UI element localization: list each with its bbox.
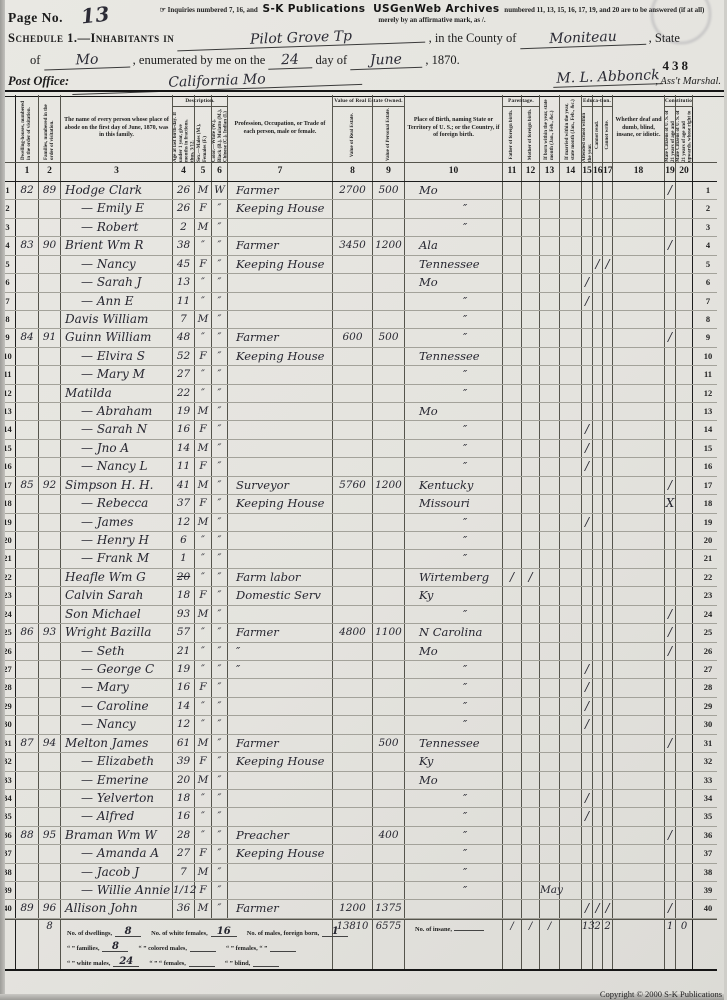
cell-oc: Farmer: [228, 329, 333, 346]
cell-m13: May: [540, 882, 560, 899]
cell-bp: ″: [405, 808, 503, 825]
cell-bp: ″: [405, 219, 503, 236]
cell-m15: [582, 753, 593, 770]
col-family: Families, numbered in the order of visit…: [39, 95, 61, 162]
cell-m14: [560, 679, 582, 696]
table-row: 368895Braman Wm W28″″Preacher400″/36: [0, 827, 717, 845]
cell-dw: [16, 587, 39, 604]
cell-nm: — Amanda A: [61, 845, 173, 862]
footer-personal-estate-total: 6575: [373, 920, 405, 969]
group-parentage: Parentage.: [503, 95, 540, 107]
cell-m14: [560, 495, 582, 512]
cell-dw: [16, 421, 39, 438]
cell-n: 22: [693, 569, 717, 586]
table-header: Description. Value of Real Estate Owned.…: [0, 95, 717, 182]
cell-m13: [540, 606, 560, 623]
cell-pe: [373, 753, 405, 770]
cell-m17: [603, 716, 613, 733]
census-scan-page: Page No. 13 ☞ Inquiries numbered 7, 16, …: [0, 0, 727, 1000]
cell-n: 13: [693, 403, 717, 420]
cell-oc: [228, 440, 333, 457]
cell-m19: [665, 514, 676, 531]
cell-m13: [540, 753, 560, 770]
cell-m11: [503, 366, 522, 383]
cell-m14: [560, 403, 582, 420]
cell-bp: ″: [405, 606, 503, 623]
cell-sx: ″: [195, 698, 212, 715]
cell-oc: [228, 864, 333, 881]
cell-m20: [676, 698, 693, 715]
cell-d18: [613, 403, 665, 420]
cell-dw: [16, 366, 39, 383]
cell-re: 600: [333, 329, 373, 346]
col-num: 3: [61, 163, 173, 181]
cell-m16: [593, 661, 603, 678]
cell-sx: F: [195, 256, 212, 273]
cell-bp: ″: [405, 661, 503, 678]
cell-pe: 1100: [373, 624, 405, 641]
cell-n: 12: [693, 385, 717, 402]
table-row: 32— Elizabeth39F″Keeping HouseKy32: [0, 753, 717, 771]
col-profession: Profession, Occupation, or Trade of each…: [228, 95, 333, 162]
cell-m16: [593, 385, 603, 402]
cell-m11: [503, 403, 522, 420]
cell-m14: [560, 698, 582, 715]
cell-m19: /: [665, 900, 676, 917]
cell-re: [333, 514, 373, 531]
copyright-notice: Copyright © 2000 S-K Publications: [600, 989, 722, 999]
cell-m20: [676, 458, 693, 475]
cell-re: [333, 403, 373, 420]
stamped-page-number: 438: [663, 58, 692, 74]
cell-cl: ″: [212, 514, 228, 531]
cell-re: [333, 569, 373, 586]
cell-m15: /: [582, 458, 593, 475]
cell-m20: [676, 219, 693, 236]
col-num: 1: [16, 163, 39, 181]
cell-m19: [665, 864, 676, 881]
cell-m19: [665, 661, 676, 678]
cell-cl: ″: [212, 569, 228, 586]
cell-m12: [522, 698, 540, 715]
cell-m19: [665, 679, 676, 696]
cell-m20: [676, 348, 693, 365]
cell-m19: [665, 808, 676, 825]
cell-n: 40: [693, 900, 717, 917]
cell-re: [333, 606, 373, 623]
cell-d18: [613, 237, 665, 254]
cell-nm: Hodge Clark: [61, 182, 173, 199]
cell-d18: [613, 256, 665, 273]
cell-fa: [39, 772, 61, 789]
cell-m16: [593, 698, 603, 715]
cell-fa: 89: [39, 182, 61, 199]
cell-m19: [665, 458, 676, 475]
cell-bp: ″: [405, 311, 503, 328]
state-value: Mo: [43, 51, 130, 71]
cell-m15: [582, 200, 593, 217]
cell-sx: M: [195, 606, 212, 623]
cell-d18: [613, 587, 665, 604]
cell-m16: [593, 716, 603, 733]
cell-cl: ″: [212, 864, 228, 881]
cell-m16: [593, 293, 603, 310]
cell-fa: 95: [39, 827, 61, 844]
cell-oc: [228, 514, 333, 531]
cell-m14: [560, 827, 582, 844]
cell-m17: [603, 827, 613, 844]
cell-m11: /: [503, 569, 522, 586]
cell-m12: [522, 237, 540, 254]
cell-n: 9: [693, 329, 717, 346]
cell-m15: [582, 827, 593, 844]
cell-dw: 88: [16, 827, 39, 844]
cell-oc: [228, 219, 333, 236]
cell-pe: [373, 845, 405, 862]
cell-fa: 94: [39, 735, 61, 752]
cell-bp: ″: [405, 514, 503, 531]
cell-m13: [540, 495, 560, 512]
cell-d18: [613, 716, 665, 733]
cell-m12: [522, 716, 540, 733]
cell-cl: ″: [212, 458, 228, 475]
cell-m12: [522, 864, 540, 881]
cell-ag: 1: [173, 550, 195, 567]
table-row: 10— Elvira S52F″Keeping HouseTennessee10: [0, 348, 717, 366]
cell-m12: [522, 274, 540, 291]
cell-bp: ″: [405, 716, 503, 733]
cell-m14: [560, 293, 582, 310]
cell-fa: [39, 864, 61, 881]
cell-pe: [373, 200, 405, 217]
table-row: 28— Mary16F″″/28: [0, 679, 717, 697]
cell-cl: ″: [212, 735, 228, 752]
cell-dw: [16, 790, 39, 807]
cell-m12: [522, 366, 540, 383]
cell-m17: [603, 624, 613, 641]
table-row: 34— Yelverton18″″″/34: [0, 790, 717, 808]
cell-bp: ″: [405, 550, 503, 567]
cell-m14: [560, 182, 582, 199]
cell-cl: ″: [212, 329, 228, 346]
cell-m16: [593, 569, 603, 586]
cell-sx: ″: [195, 716, 212, 733]
cell-sx: M: [195, 219, 212, 236]
cell-m16: [593, 514, 603, 531]
cell-nm: — Alfred: [61, 808, 173, 825]
cell-m15: [582, 845, 593, 862]
footer-real-estate-total: 13810: [333, 920, 373, 969]
cell-bp: Mo: [405, 403, 503, 420]
cell-m16: [593, 366, 603, 383]
cell-m14: [560, 366, 582, 383]
table-row: 22Heafle Wm G20″″Farm laborWirtemberg//2…: [0, 569, 717, 587]
cell-d18: [613, 864, 665, 881]
cell-bp: Mo: [405, 182, 503, 199]
cell-bp: Kentucky: [405, 477, 503, 494]
col-num: 18: [613, 163, 665, 181]
cell-re: [333, 219, 373, 236]
cell-fa: [39, 716, 61, 733]
cell-m15: [582, 882, 593, 899]
cell-ag: 20: [173, 772, 195, 789]
cell-m14: [560, 256, 582, 273]
cell-cl: ″: [212, 385, 228, 402]
cell-m19: [665, 274, 676, 291]
cell-oc: ″: [228, 643, 333, 660]
cell-m13: [540, 440, 560, 457]
cell-fa: [39, 366, 61, 383]
cell-m13: [540, 421, 560, 438]
cell-m12: [522, 845, 540, 862]
cell-nm: Braman Wm W: [61, 827, 173, 844]
col-num: 17: [603, 163, 613, 181]
cell-re: [333, 661, 373, 678]
cell-re: [333, 366, 373, 383]
cell-re: [333, 348, 373, 365]
cell-m19: [665, 587, 676, 604]
cell-m19: /: [665, 182, 676, 199]
cell-m13: [540, 514, 560, 531]
cell-m20: [676, 274, 693, 291]
cell-n: 30: [693, 716, 717, 733]
cell-m12: [522, 200, 540, 217]
cell-m13: [540, 477, 560, 494]
cell-dw: [16, 679, 39, 696]
cell-m16: [593, 827, 603, 844]
cell-nm: Davis William: [61, 311, 173, 328]
cell-d18: [613, 458, 665, 475]
cell-m17: [603, 311, 613, 328]
cell-m20: [676, 661, 693, 678]
cell-m13: [540, 550, 560, 567]
cell-pe: [373, 293, 405, 310]
cell-m17: [603, 237, 613, 254]
cell-ag: 11: [173, 458, 195, 475]
cell-m13: [540, 864, 560, 881]
cell-oc: Farmer: [228, 624, 333, 641]
cell-m11: [503, 440, 522, 457]
cell-m16: [593, 477, 603, 494]
cell-d18: [613, 661, 665, 678]
cell-m19: [665, 256, 676, 273]
cell-n: 23: [693, 587, 717, 604]
cell-m12: [522, 293, 540, 310]
table-row: 3— Robert2M″″3: [0, 219, 717, 237]
cell-pe: [373, 514, 405, 531]
cell-dw: [16, 514, 39, 531]
cell-re: [333, 827, 373, 844]
cell-m15: /: [582, 293, 593, 310]
cell-ag: 26: [173, 182, 195, 199]
cell-nm: — Henry H: [61, 532, 173, 549]
cell-bp: Ky: [405, 753, 503, 770]
cell-m17: [603, 274, 613, 291]
cell-m14: [560, 514, 582, 531]
cell-m17: [603, 293, 613, 310]
cell-sx: ″: [195, 366, 212, 383]
cell-ag: 27: [173, 845, 195, 862]
cell-n: 4: [693, 237, 717, 254]
cell-oc: Preacher: [228, 827, 333, 844]
cell-m19: X: [665, 495, 676, 512]
cell-dw: 84: [16, 329, 39, 346]
cell-nm: — Yelverton: [61, 790, 173, 807]
cell-oc: [228, 772, 333, 789]
cell-fa: [39, 421, 61, 438]
cell-m14: [560, 882, 582, 899]
cell-oc: Keeping House: [228, 753, 333, 770]
cell-nm: — Elizabeth: [61, 753, 173, 770]
cell-fa: [39, 698, 61, 715]
cell-m16: [593, 532, 603, 549]
cell-cl: ″: [212, 200, 228, 217]
cell-m14: [560, 735, 582, 752]
cell-m13: [540, 366, 560, 383]
cell-m13: [540, 237, 560, 254]
cell-m11: [503, 550, 522, 567]
cell-dw: [16, 256, 39, 273]
cell-m19: [665, 882, 676, 899]
cell-nm: Calvin Sarah: [61, 587, 173, 604]
cell-m12: [522, 440, 540, 457]
scan-edge-left: [0, 0, 5, 1000]
enumerated-label: , enumerated by me on the: [133, 53, 266, 67]
cell-m11: [503, 477, 522, 494]
cell-nm: — Nancy L: [61, 458, 173, 475]
col-birthplace: Place of Birth, naming State or Territor…: [405, 95, 503, 162]
cell-m12: [522, 900, 540, 917]
cell-m20: [676, 845, 693, 862]
group-value-owned: Value of Real Estate Owned.: [333, 95, 405, 107]
cell-bp: ″: [405, 532, 503, 549]
cell-m12: [522, 477, 540, 494]
cell-dw: [16, 845, 39, 862]
cell-m11: [503, 808, 522, 825]
cell-pe: [373, 587, 405, 604]
schedule-line2: of Mo , enumerated by me on the 24 day o…: [30, 52, 460, 69]
post-office-line: Post Office: California Mo: [8, 73, 362, 90]
cell-n: 7: [693, 293, 717, 310]
cell-fa: [39, 753, 61, 770]
cell-pe: [373, 274, 405, 291]
cell-m11: [503, 753, 522, 770]
instructions-line1a: ☞ Inquiries numbered 7, 16, and: [160, 6, 258, 14]
cell-m15: /: [582, 274, 593, 291]
cell-sx: ″: [195, 329, 212, 346]
col-num: 11: [503, 163, 522, 181]
cell-dw: [16, 882, 39, 899]
cell-m13: [540, 698, 560, 715]
cell-re: [333, 716, 373, 733]
cell-m12: [522, 587, 540, 604]
cell-m20: [676, 753, 693, 770]
footer-mark: 2: [603, 920, 613, 969]
table-row: 8Davis William7M″″8: [0, 311, 717, 329]
cell-pe: [373, 219, 405, 236]
cell-m11: [503, 421, 522, 438]
cell-ag: 39: [173, 753, 195, 770]
cell-fa: 92: [39, 477, 61, 494]
cell-m12: [522, 256, 540, 273]
cell-bp: Mo: [405, 772, 503, 789]
cell-m12: [522, 458, 540, 475]
township-value: Pilot Grove Tp: [177, 26, 425, 52]
cell-m17: [603, 477, 613, 494]
cell-n: 5: [693, 256, 717, 273]
cell-m13: [540, 587, 560, 604]
cell-re: 2700: [333, 182, 373, 199]
cell-m20: [676, 329, 693, 346]
cell-m14: [560, 550, 582, 567]
table-row: 2— Emily E26F″Keeping House″2: [0, 200, 717, 218]
cell-ag: 18: [173, 790, 195, 807]
cell-nm: — Elvira S: [61, 348, 173, 365]
cell-nm: — Rebecca: [61, 495, 173, 512]
cell-m17: [603, 661, 613, 678]
cell-m17: [603, 587, 613, 604]
cell-m20: [676, 440, 693, 457]
cell-bp: Ala: [405, 237, 503, 254]
cell-m14: [560, 219, 582, 236]
cell-n: 32: [693, 753, 717, 770]
table-row: 35— Alfred16″″″/35: [0, 808, 717, 826]
cell-sx: M: [195, 514, 212, 531]
cell-cl: ″: [212, 587, 228, 604]
cell-d18: [613, 624, 665, 641]
cell-m16: [593, 495, 603, 512]
cell-d18: [613, 495, 665, 512]
cell-m15: [582, 550, 593, 567]
cell-m15: [582, 495, 593, 512]
cell-m17: [603, 735, 613, 752]
cell-m17: [603, 550, 613, 567]
cell-m20: [676, 808, 693, 825]
cell-m16: [593, 808, 603, 825]
cell-sx: ″: [195, 661, 212, 678]
cell-cl: ″: [212, 311, 228, 328]
cell-m12: [522, 550, 540, 567]
cell-dw: [16, 219, 39, 236]
cell-cl: ″: [212, 882, 228, 899]
cell-m20: [676, 606, 693, 623]
col-num: 10: [405, 163, 503, 181]
cell-sx: ″: [195, 237, 212, 254]
cell-m12: [522, 772, 540, 789]
cell-re: [333, 311, 373, 328]
cell-d18: [613, 329, 665, 346]
cell-fa: [39, 845, 61, 862]
cell-ag: 11: [173, 293, 195, 310]
cell-nm: Matilda: [61, 385, 173, 402]
table-row: 20— Henry H6″″″20: [0, 532, 717, 550]
cell-pe: [373, 385, 405, 402]
cell-cl: ″: [212, 606, 228, 623]
cell-m14: [560, 753, 582, 770]
cell-sx: ″: [195, 624, 212, 641]
cell-m16: [593, 550, 603, 567]
cell-m11: [503, 200, 522, 217]
cell-m13: [540, 385, 560, 402]
cell-m12: [522, 624, 540, 641]
cell-n: 1: [693, 182, 717, 199]
cell-ag: 19: [173, 661, 195, 678]
cell-m17: [603, 458, 613, 475]
cell-m17: [603, 421, 613, 438]
cell-n: 11: [693, 366, 717, 383]
cell-m16: [593, 329, 603, 346]
cell-oc: [228, 366, 333, 383]
